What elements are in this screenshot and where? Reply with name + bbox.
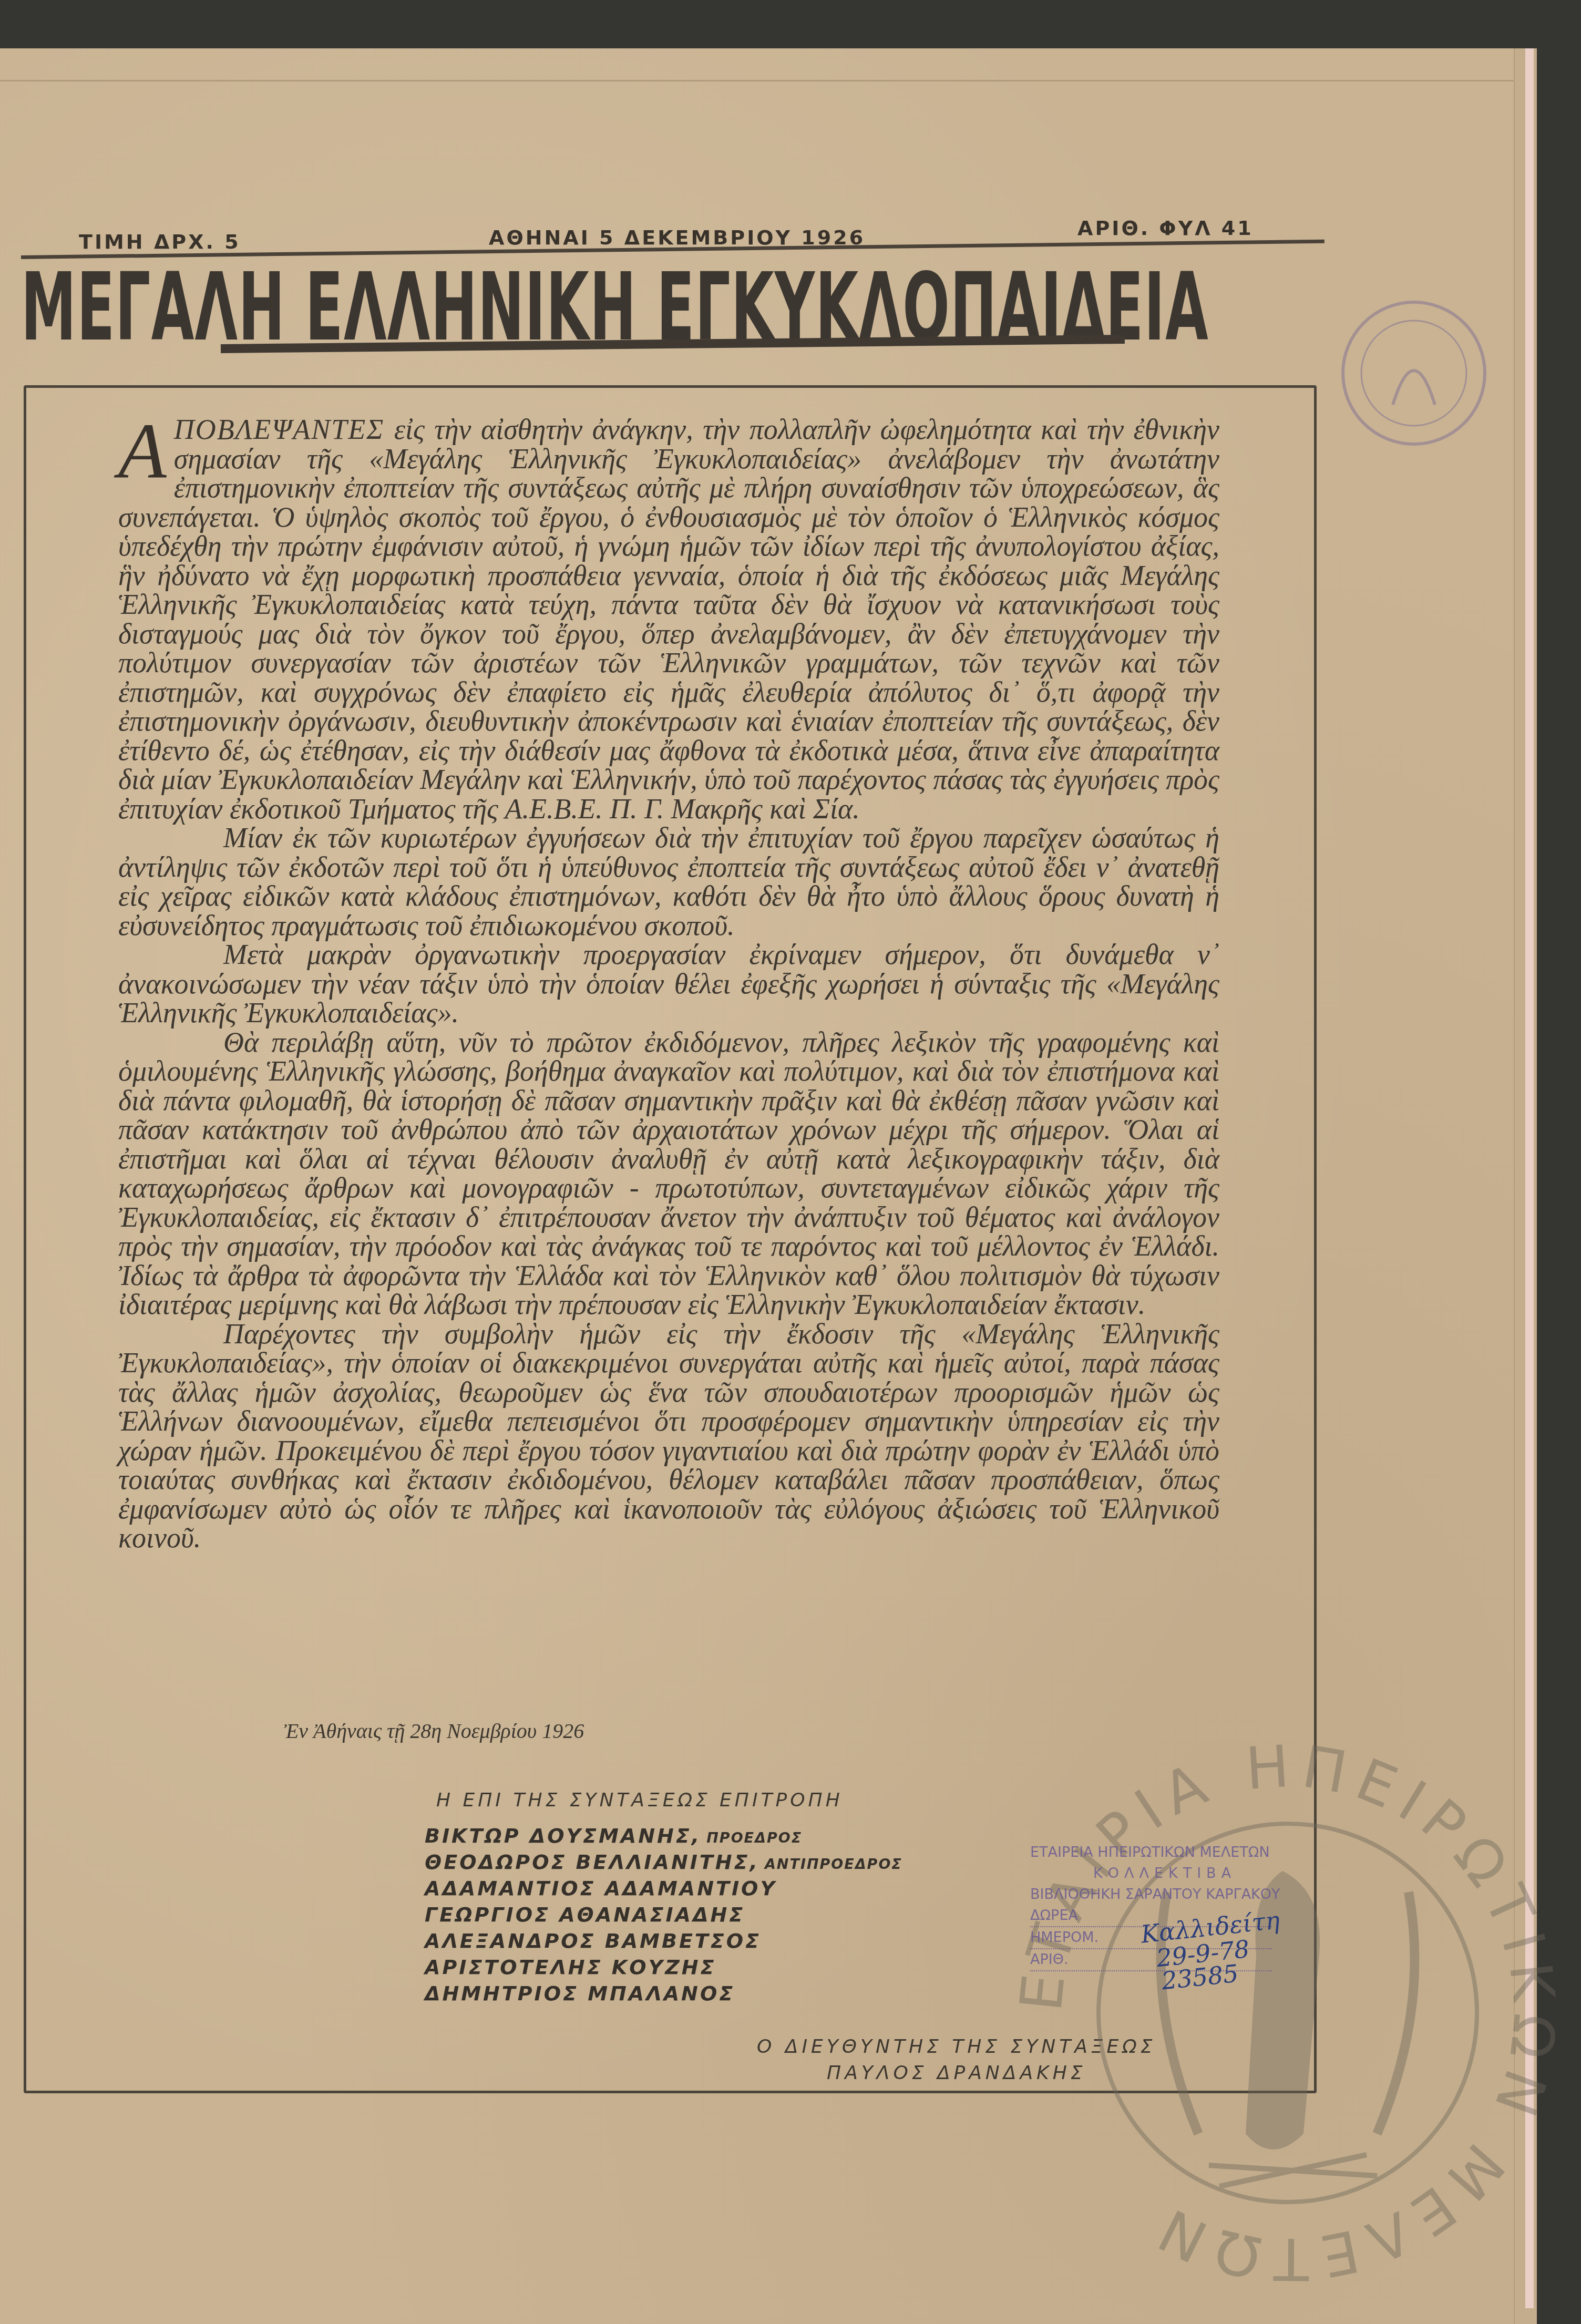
committee-heading: Η ΕΠΙ ΤΗΣ ΣΥΝΤΑΞΕΩΣ ΕΠΙΤΡΟΠΗ [436, 1790, 843, 1811]
number-label: ΑΡΙΘ. [1030, 1951, 1069, 1968]
committee-members: ΒΙΚΤΩΡ ΔΟΥΣΜΑΝΗΣ,ΠΡΟΕΔΡΟΣ ΘΕΟΔΩΡΟΣ ΒΕΛΛΙ… [425, 1823, 902, 2007]
page-top-edge [0, 48, 1536, 81]
drop-cap: Α [118, 419, 167, 482]
date-label: ΗΜΕΡΟΜ. [1030, 1929, 1099, 1946]
paragraph-2: Μίαν ἐκ τῶν κυριωτέρων ἐγγυήσεων διὰ τὴν… [118, 824, 1219, 940]
director-block: Ο ΔΙΕΥΘΥΝΤΗΣ ΤΗΣ ΣΥΝΤΑΞΕΩΣ ΠΑΥΛΟΣ ΔΡΑΝΔΑ… [757, 2034, 1156, 2086]
member-item: ΑΡΙΣΤΟΤΕΛΗΣ ΚΟΥΖΗΣ [425, 1954, 902, 1980]
announcement-body: ΑΠΟΒΛΕΨΑΝΤΕΣ εἰς τὴν αἰσθητὴν ἀνάγκην, τ… [118, 415, 1219, 1553]
member-item: ΓΕΩΡΓΙΟΣ ΑΘΑΝΑΣΙΑΔΗΣ [425, 1901, 902, 1928]
paragraph-5: Παρέχοντες τὴν συμβολὴν ἡμῶν εἰς τὴν ἔκδ… [118, 1320, 1219, 1553]
member-role: ΑΝΤΙΠΡΟΕΔΡΟΣ [765, 1856, 902, 1873]
price-label: ΤΙΜΗ ΔΡΧ. 5 [79, 230, 241, 253]
member-name: ΘΕΟΔΩΡΟΣ ΒΕΛΛΙΑΝΙΤΗΣ, [425, 1850, 759, 1874]
member-item: ΑΔΑΜΑΝΤΙΟΣ ΑΔΑΜΑΝΤΙΟΥ [425, 1875, 902, 1901]
director-title: Ο ΔΙΕΥΘΥΝΤΗΣ ΤΗΣ ΣΥΝΤΑΞΕΩΣ [757, 2034, 1156, 2060]
stamp-line-3: ΒΙΒΛΙΟΘΗΚΗ ΣΑΡΑΝΤΟΥ ΚΑΡΓΑΚΟΥ [1030, 1884, 1282, 1905]
member-name: ΑΡΙΣΤΟΤΕΛΗΣ ΚΟΥΖΗΣ [425, 1956, 716, 1979]
member-item: ΑΛΕΞΑΝΔΡΟΣ ΒΑΜΒΕΤΣΟΣ [425, 1928, 902, 1954]
stamp-line-1: ΕΤΑΙΡΕΙΑ ΗΠΕΙΡΩΤΙΚΩΝ ΜΕΛΕΤΩΝ [1030, 1842, 1282, 1863]
member-item: ΔΗΜΗΤΡΙΟΣ ΜΠΑΛΑΝΟΣ [425, 1980, 902, 2007]
member-role: ΠΡΟΕΔΡΟΣ [706, 1830, 802, 1846]
paragraph-1: ΑΠΟΒΛΕΨΑΝΤΕΣ εἰς τὴν αἰσθητὴν ἀνάγκην, τ… [118, 415, 1219, 824]
paragraph-3: Μετὰ μακρὰν ὀργανωτικὴν προεργασίαν ἐκρί… [118, 940, 1219, 1028]
opening-word: ΠΟΒΛΕΨΑΝΤΕΣ [174, 414, 385, 445]
member-name: ΒΙΚΤΩΡ ΔΟΥΣΜΑΝΗΣ, [425, 1824, 701, 1847]
member-name: ΔΗΜΗΤΡΙΟΣ ΜΠΑΛΑΝΟΣ [425, 1982, 735, 2005]
sheet-number: ΑΡΙΘ. ΦΥΛ 41 [1077, 217, 1254, 240]
stamp-line-2: ΚΟΛΛΕΚΤΙΒΑ [1030, 1863, 1282, 1884]
member-name: ΑΛΕΞΑΝΔΡΟΣ ΒΑΜΒΕΤΣΟΣ [425, 1929, 761, 1952]
member-name: ΑΔΑΜΑΝΤΙΟΣ ΑΔΑΜΑΝΤΙΟΥ [425, 1877, 777, 1900]
donation-label: ΔΩΡΕΑ [1030, 1907, 1078, 1924]
paragraph-4: Θὰ περιλάβῃ αὕτη, νῦν τὸ πρῶτον ἐκδιδόμε… [118, 1028, 1219, 1320]
member-item: ΘΕΟΔΩΡΟΣ ΒΕΛΛΙΑΝΙΤΗΣ,ΑΝΤΙΠΡΟΕΔΡΟΣ [425, 1849, 902, 1875]
member-item: ΒΙΚΤΩΡ ΔΟΥΣΜΑΝΗΣ,ΠΡΟΕΔΡΟΣ [425, 1823, 902, 1849]
signature-date: Ἐν Ἀθήναις τῇ 28η Νοεμβρίου 1926 [284, 1719, 584, 1743]
pink-backing-sheet [1525, 48, 1534, 2308]
member-name: ΓΕΩΡΓΙΟΣ ΑΘΑΝΑΣΙΑΔΗΣ [425, 1903, 745, 1926]
director-name: ΠΑΥΛΟΣ ΔΡΑΝΔΑΚΗΣ [757, 2060, 1156, 2086]
paragraph-text: εἰς τὴν αἰσθητὴν ἀνάγκην, τὴν πολλαπλῆν … [118, 414, 1219, 825]
